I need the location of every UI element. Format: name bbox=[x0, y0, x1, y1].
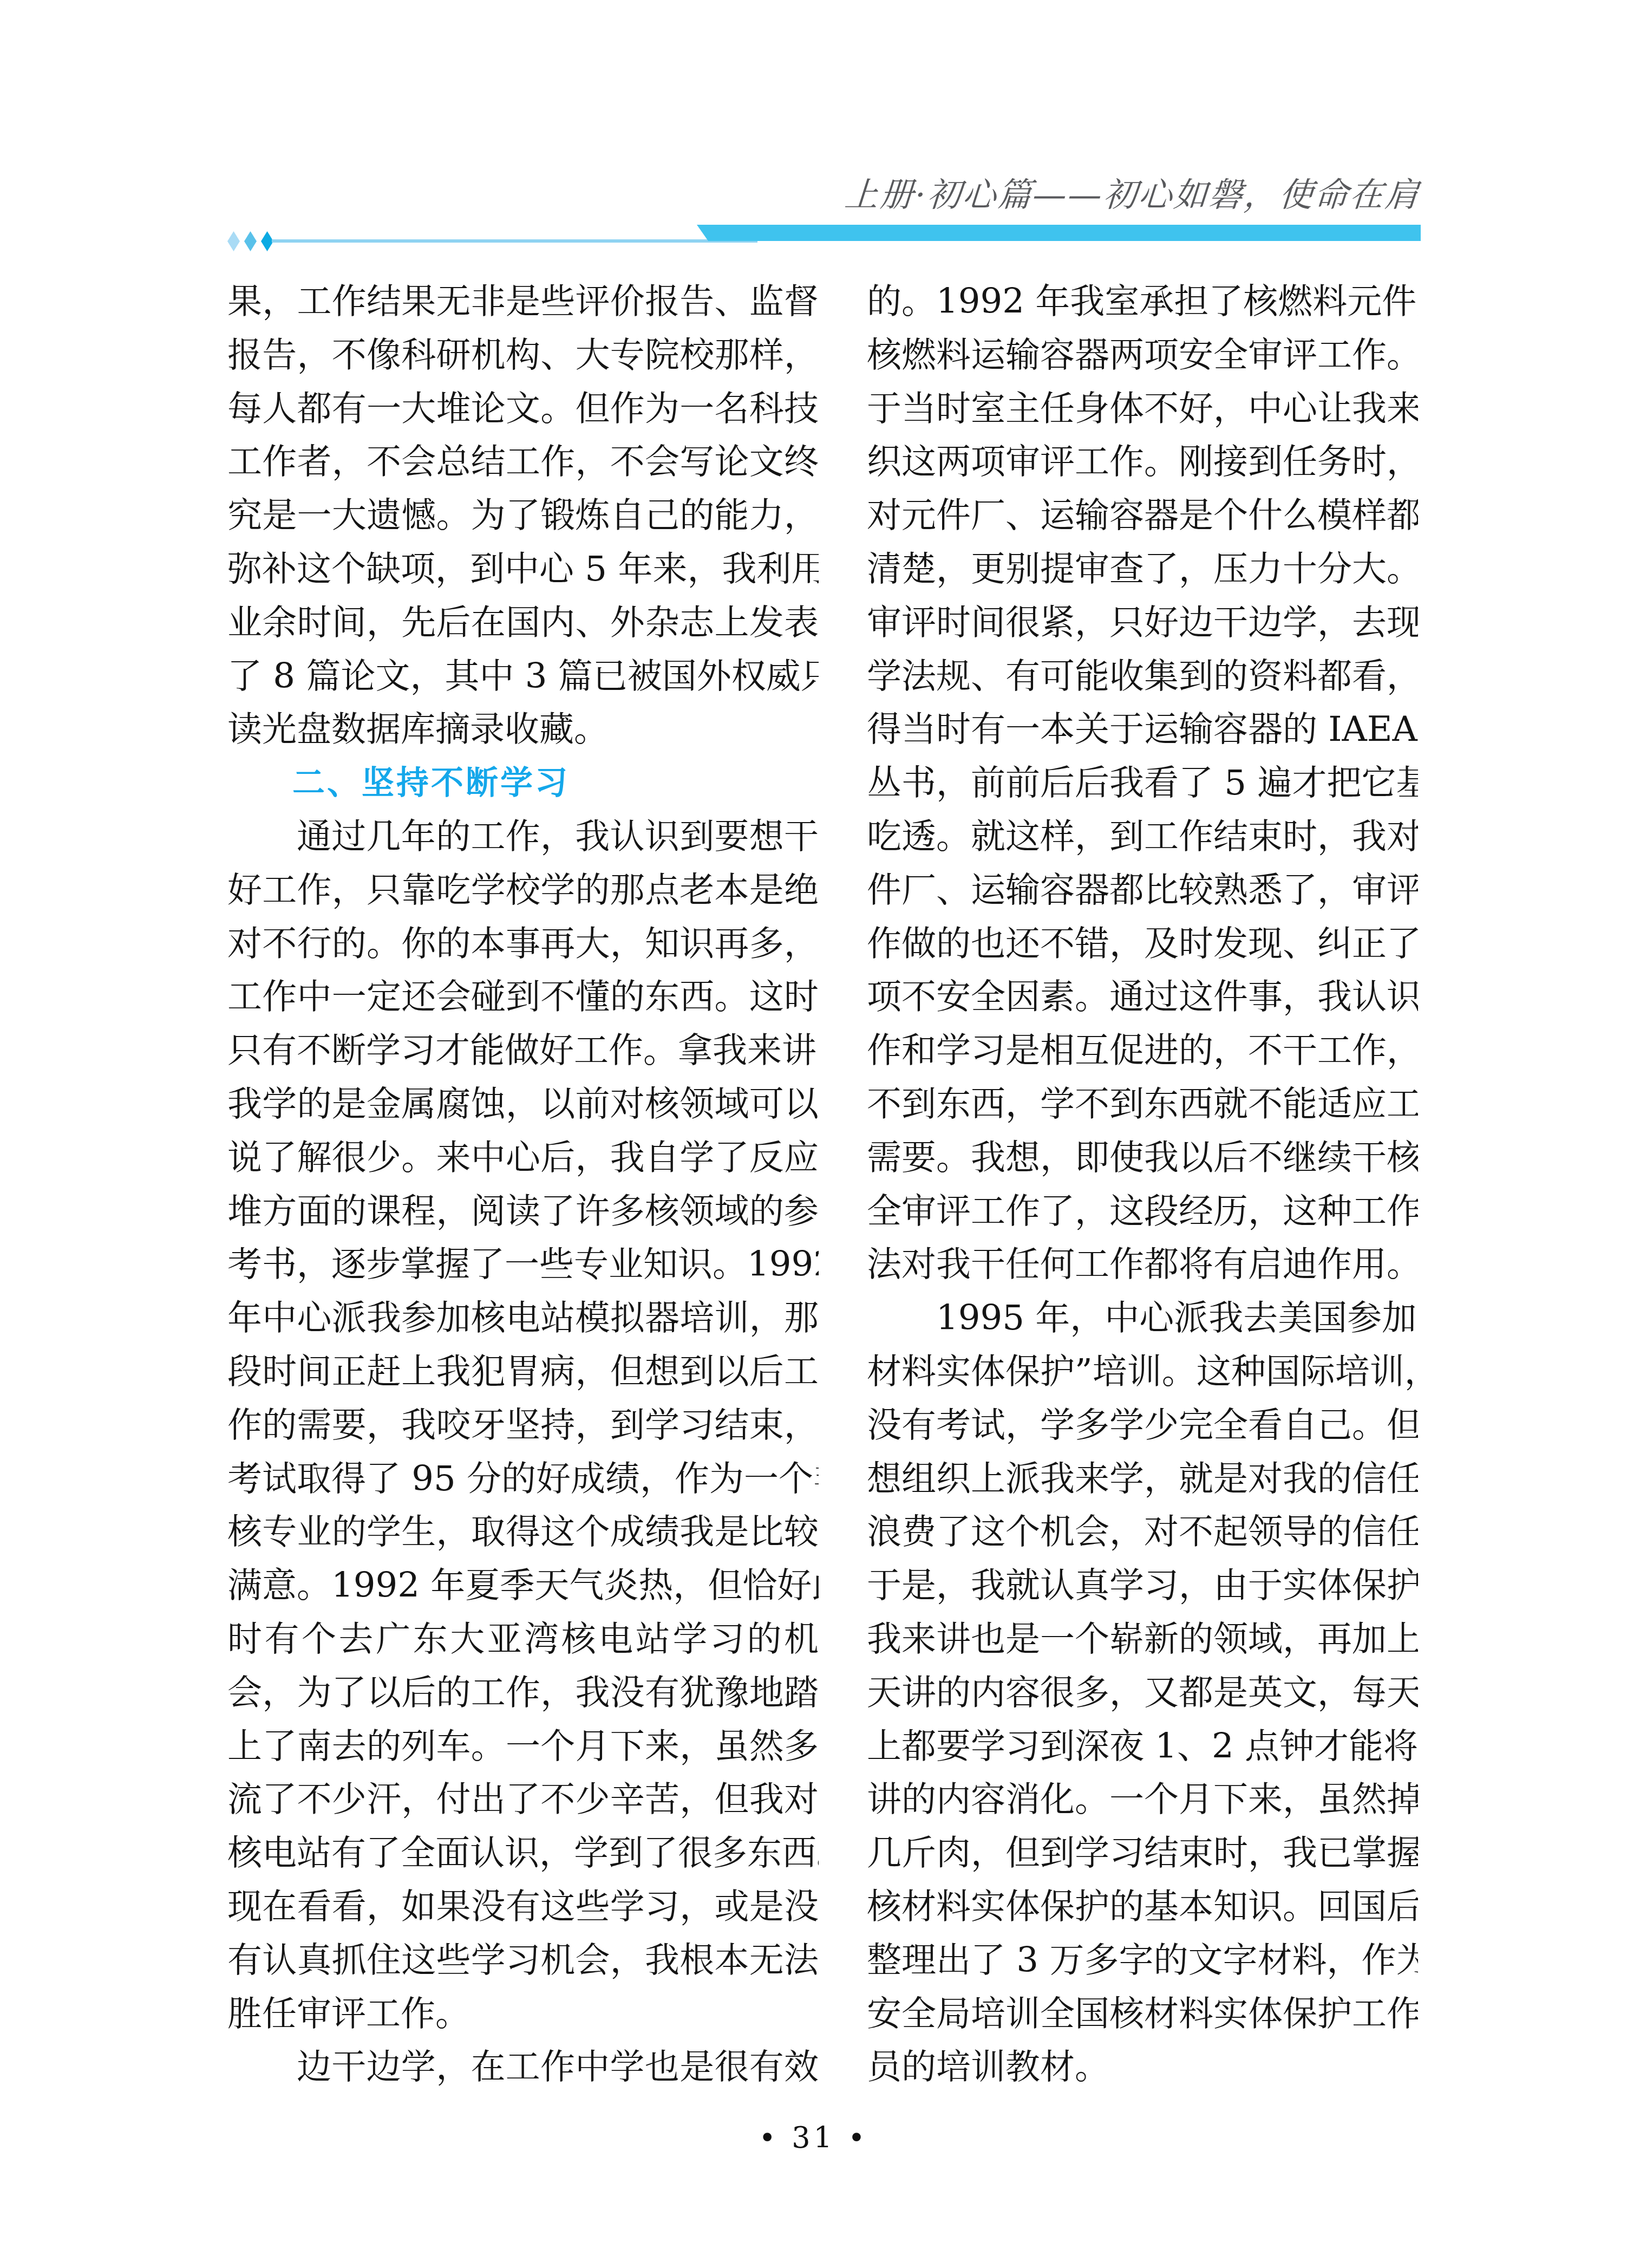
text-line: 吃透。就这样，到工作结束时，我对元 bbox=[867, 810, 1418, 864]
text-line: 只有不断学习才能做好工作。拿我来讲， bbox=[227, 1024, 819, 1078]
running-head-title: 上册·初心篇——初心如磐，使命在肩 bbox=[843, 172, 1422, 218]
text-line: 考试取得了 95 分的好成绩，作为一个非 bbox=[227, 1452, 819, 1506]
text-line: 审评时间很紧，只好边干边学，去现场、 bbox=[867, 596, 1418, 650]
text-line: 了 8 篇论文，其中 3 篇已被国外权威只 bbox=[227, 650, 819, 703]
text-line: 说了解很少。来中心后，我自学了反应 bbox=[227, 1131, 819, 1185]
text-line: 件厂、运输容器都比较熟悉了，审评工 bbox=[867, 864, 1418, 917]
text-line: 满意。1992 年夏季天气炎热，但恰好此 bbox=[227, 1559, 819, 1613]
text-column-right: 的。1992 年我室承担了核燃料元件厂、核燃料运输容器两项安全审评工作。由于当时… bbox=[867, 275, 1418, 2094]
text-line: 边干边学，在工作中学也是很有效 bbox=[227, 2041, 819, 2094]
text-line: 清楚，更别提审查了，压力十分大。但 bbox=[867, 543, 1418, 596]
header-rule-line bbox=[272, 239, 757, 243]
text-line: 读光盘数据库摘录收藏。 bbox=[227, 703, 819, 757]
text-line: 流了不少汗，付出了不少辛苦，但我对 bbox=[227, 1773, 819, 1827]
text-line: 核专业的学生，取得这个成绩我是比较 bbox=[227, 1506, 819, 1559]
text-line: 浪费了这个机会，对不起领导的信任。 bbox=[867, 1506, 1418, 1559]
text-line: 我来讲也是一个崭新的领域，再加上每 bbox=[867, 1613, 1418, 1666]
text-line: 1995 年，中心派我去美国参加“核 bbox=[867, 1292, 1418, 1345]
text-line: 天讲的内容很多，又都是英文，每天晚 bbox=[867, 1666, 1418, 1720]
text-line: 于是，我就认真学习，由于实体保护对 bbox=[867, 1559, 1418, 1613]
book-page: 上册·初心篇——初心如磐，使命在肩 果，工作结果无非是些评价报告、监督报告，不像… bbox=[0, 0, 1627, 2268]
text-line: 堆方面的课程，阅读了许多核领域的参 bbox=[227, 1185, 819, 1239]
text-line: 全审评工作了，这段经历，这种工作方 bbox=[867, 1185, 1418, 1239]
text-line: 整理出了 3 万多字的文字材料，作为核 bbox=[867, 1934, 1418, 1987]
text-line: 好工作，只靠吃学校学的那点老本是绝 bbox=[227, 864, 819, 917]
text-line: 核燃料运输容器两项安全审评工作。由 bbox=[867, 329, 1418, 382]
text-line: 得当时有一本关于运输容器的 IAEA6 号 bbox=[867, 703, 1418, 757]
text-line: 现在看看，如果没有这些学习，或是没 bbox=[227, 1880, 819, 1934]
section-heading: 二、坚持不断学习 bbox=[227, 757, 819, 810]
text-line: 究是一大遗憾。为了锻炼自己的能力， bbox=[227, 489, 819, 543]
text-line: 我学的是金属腐蚀，以前对核领域可以 bbox=[227, 1078, 819, 1131]
text-line: 没有考试，学多学少完全看自己。但我 bbox=[867, 1399, 1418, 1452]
text-line: 有认真抓住这些学习机会，我根本无法 bbox=[227, 1934, 819, 1987]
text-line: 于当时室主任身体不好，中心让我来组 bbox=[867, 382, 1418, 436]
text-line: 工作中一定还会碰到不懂的东西。这时 bbox=[227, 970, 819, 1024]
text-line: 核电站有了全面认识，学到了很多东西。 bbox=[227, 1827, 819, 1880]
text-line: 核材料实体保护的基本知识。回国后， bbox=[867, 1880, 1418, 1934]
text-line: 作和学习是相互促进的，不干工作，就学 bbox=[867, 1024, 1418, 1078]
text-line: 需要。我想，即使我以后不继续干核安 bbox=[867, 1131, 1418, 1185]
text-line: 法对我干任何工作都将有启迪作用。 bbox=[867, 1238, 1418, 1292]
text-line: 每人都有一大堆论文。但作为一名科技 bbox=[227, 382, 819, 436]
text-line: 对元件厂、运输容器是个什么模样都不 bbox=[867, 489, 1418, 543]
header-accent-bar bbox=[697, 225, 1421, 241]
text-line: 上了南去的列车。一个月下来，虽然多 bbox=[227, 1720, 819, 1774]
text-line: 讲的内容消化。一个月下来，虽然掉了 bbox=[867, 1773, 1418, 1827]
text-line: 作的需要，我咬牙坚持，到学习结束， bbox=[227, 1399, 819, 1452]
text-line: 几斤肉，但到学习结束时，我已掌握了 bbox=[867, 1827, 1418, 1880]
text-line: 项不安全因素。通过这件事，我认识到工 bbox=[867, 970, 1418, 1024]
text-line: 的。1992 年我室承担了核燃料元件厂、 bbox=[867, 275, 1418, 329]
page-number: • 31 • bbox=[0, 2121, 1627, 2155]
text-line: 工作者，不会总结工作，不会写论文终 bbox=[227, 435, 819, 489]
text-line: 作做的也还不错，及时发现、纠正了多 bbox=[867, 917, 1418, 971]
text-line: 员的培训教材。 bbox=[867, 2041, 1418, 2094]
text-line: 丛书，前前后后我看了 5 遍才把它基本 bbox=[867, 757, 1418, 810]
text-line: 织这两项审评工作。刚接到任务时，我 bbox=[867, 435, 1418, 489]
text-line: 想组织上派我来学，就是对我的信任， bbox=[867, 1452, 1418, 1506]
text-line: 时有个去广东大亚湾核电站学习的机 bbox=[227, 1613, 819, 1666]
text-line: 安全局培训全国核材料实体保护工作人 bbox=[867, 1987, 1418, 2041]
diamond-icon bbox=[244, 231, 257, 251]
text-line: 考书，逐步掌握了一些专业知识。1992 bbox=[227, 1238, 819, 1292]
text-line: 年中心派我参加核电站模拟器培训，那 bbox=[227, 1292, 819, 1345]
text-line: 业余时间，先后在国内、外杂志上发表 bbox=[227, 596, 819, 650]
text-column-left: 果，工作结果无非是些评价报告、监督报告，不像科研机构、大专院校那样，每人都有一大… bbox=[227, 275, 819, 2094]
text-line: 学法规、有可能收集到的资料都看，记 bbox=[867, 650, 1418, 703]
text-line: 弥补这个缺项，到中心 5 年来，我利用 bbox=[227, 543, 819, 596]
text-line: 报告，不像科研机构、大专院校那样， bbox=[227, 329, 819, 382]
text-line: 会，为了以后的工作，我没有犹豫地踏 bbox=[227, 1666, 819, 1720]
text-line: 不到东西，学不到东西就不能适应工作的 bbox=[867, 1078, 1418, 1131]
text-line: 材料实体保护”培训。这种国际培训， bbox=[867, 1345, 1418, 1399]
text-line: 段时间正赶上我犯胃病，但想到以后工 bbox=[227, 1345, 819, 1399]
diamond-icon bbox=[227, 231, 240, 251]
text-line: 上都要学习到深夜 1、2 点钟才能将白天 bbox=[867, 1720, 1418, 1774]
text-line: 对不行的。你的本事再大，知识再多， bbox=[227, 917, 819, 971]
text-line: 通过几年的工作，我认识到要想干 bbox=[227, 810, 819, 864]
text-line: 胜任审评工作。 bbox=[227, 1987, 819, 2041]
text-line: 果，工作结果无非是些评价报告、监督 bbox=[227, 275, 819, 329]
